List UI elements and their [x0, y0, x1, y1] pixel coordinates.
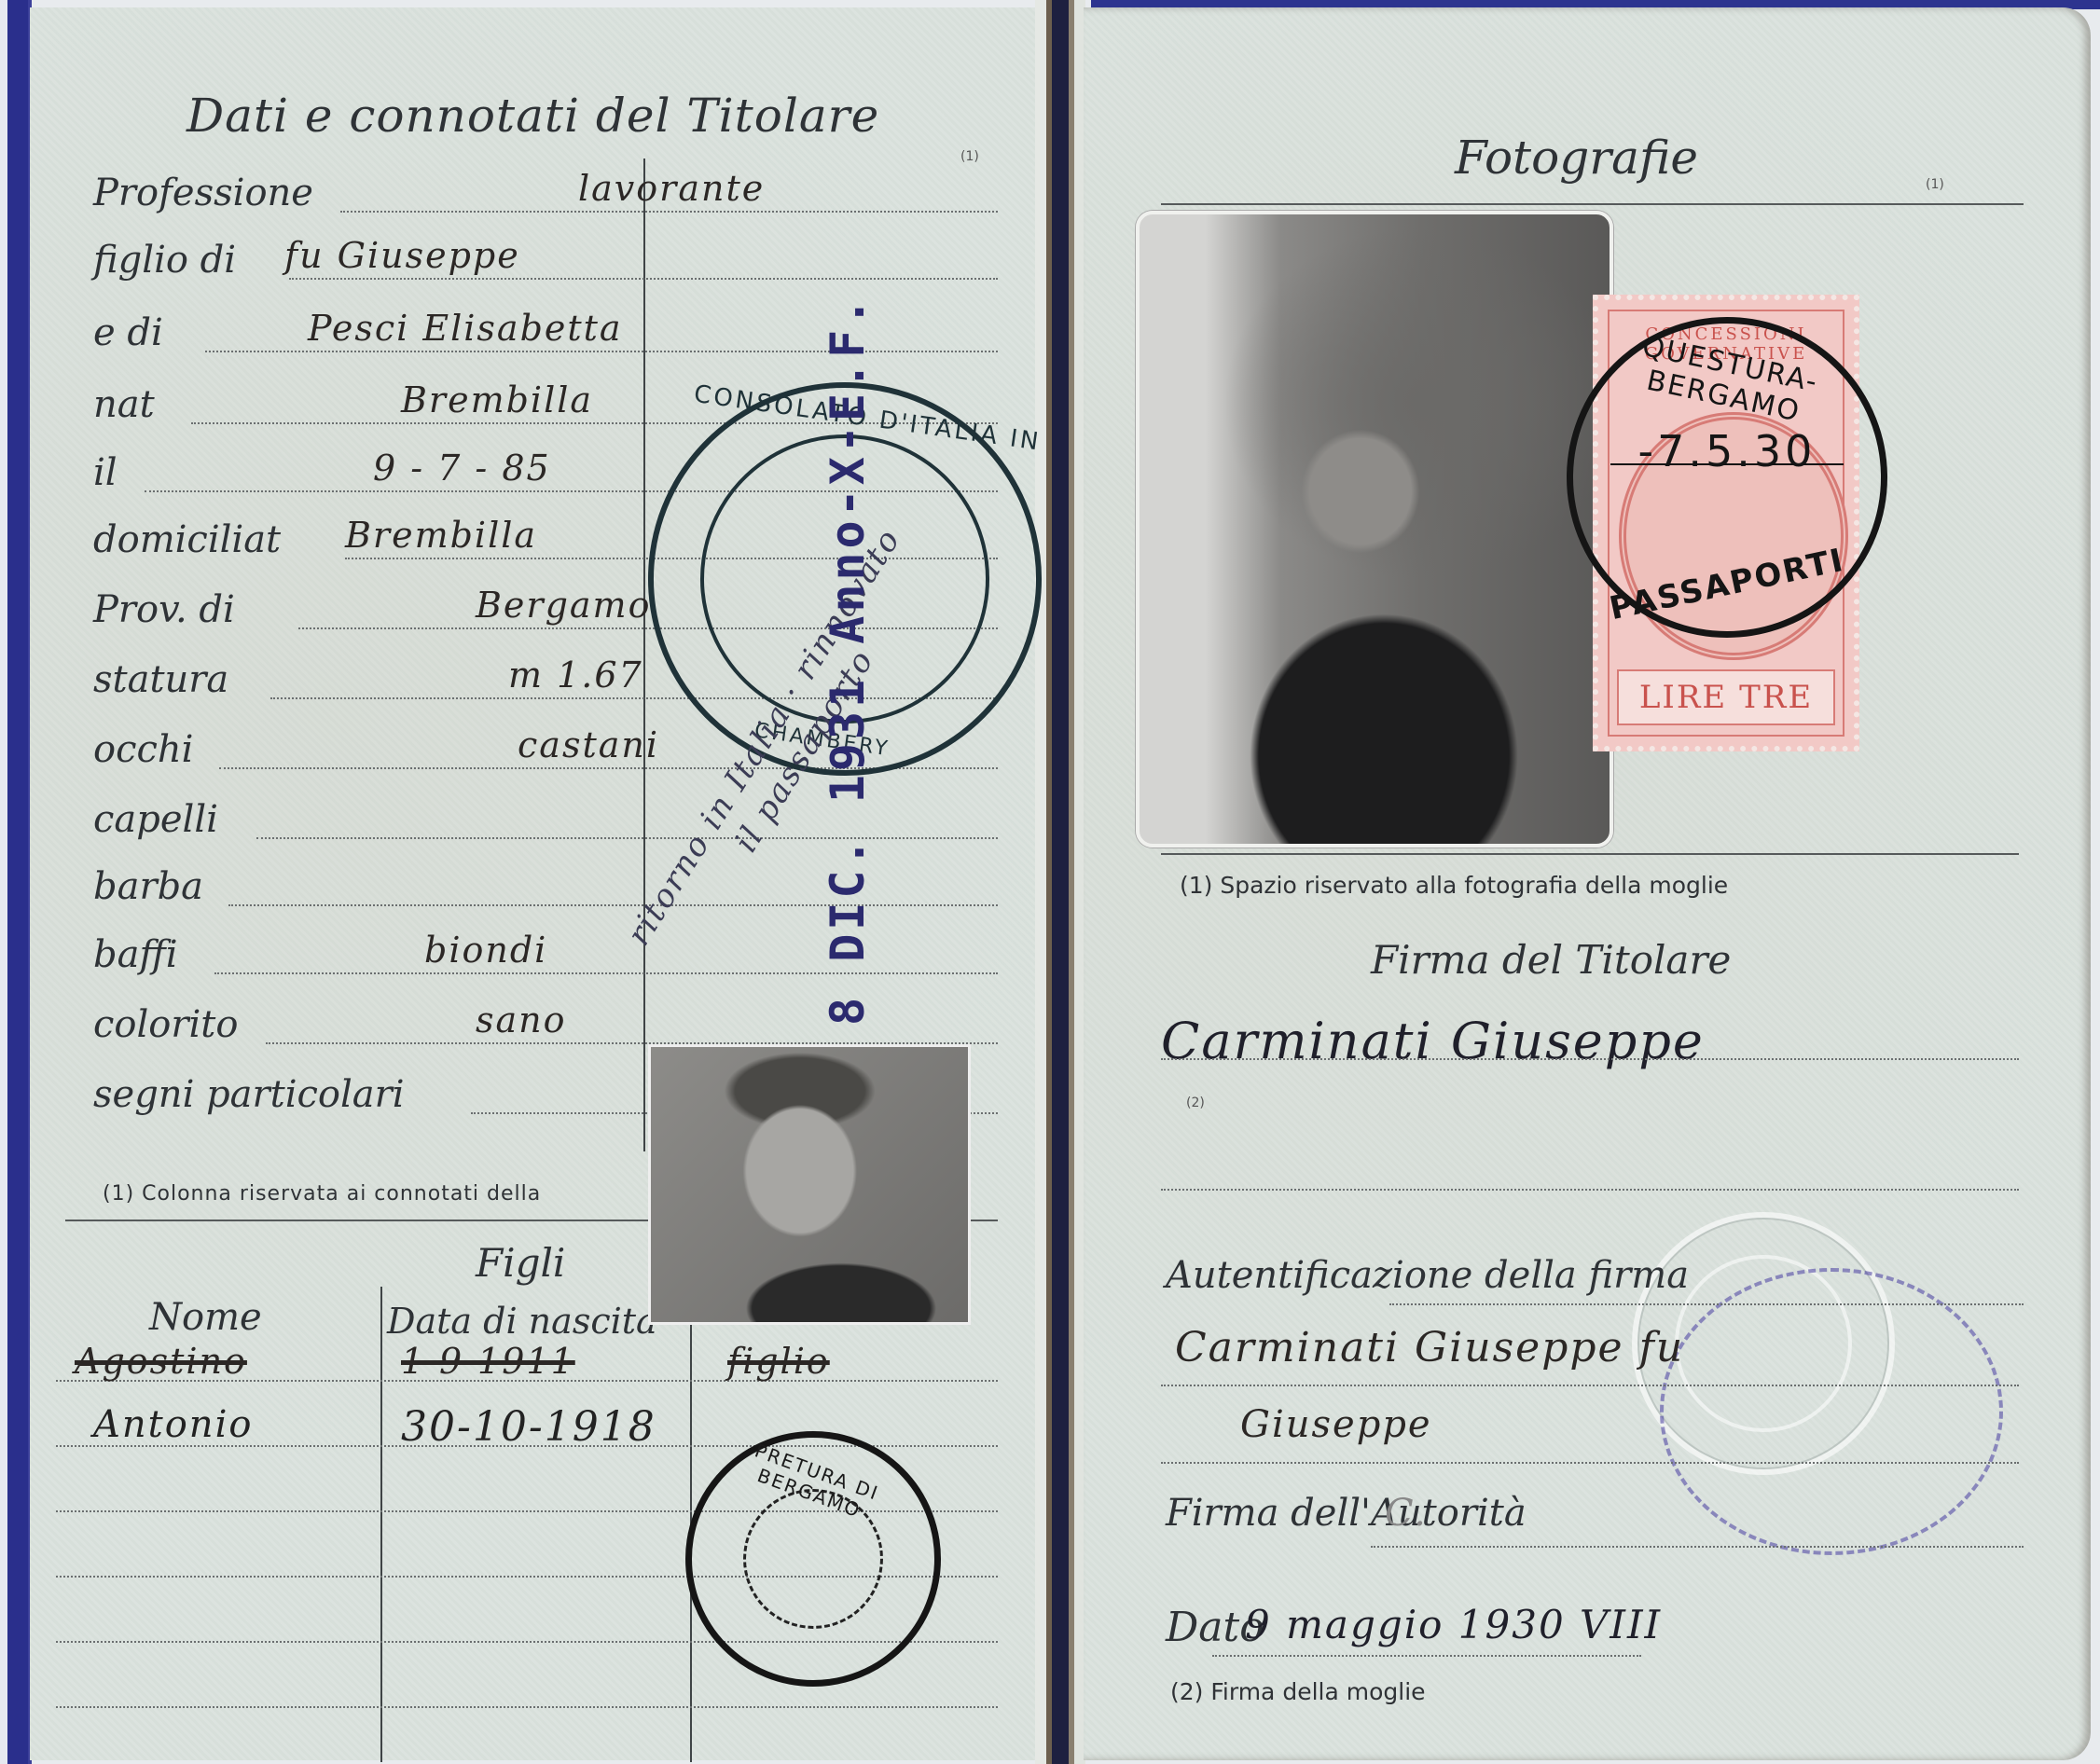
- field-value: Brembilla: [345, 515, 537, 556]
- field-value: Brembilla: [401, 379, 593, 420]
- field-row: Professionelavorante: [93, 157, 998, 220]
- field-value: 9 - 7 - 85: [373, 448, 551, 489]
- issue-date: 9 maggio 1930 VIII: [1245, 1602, 1662, 1647]
- field-value: biondi: [424, 930, 547, 971]
- field-rule: [214, 972, 998, 974]
- book-spine: [1035, 0, 1085, 1764]
- child-1-birth: 1-9-1911: [401, 1341, 575, 1382]
- child-1-sex: figlio: [727, 1341, 830, 1382]
- field-value: sano: [476, 999, 567, 1040]
- field-value: m 1.67: [508, 655, 643, 696]
- holder-signature: Carminati Giuseppe: [1161, 1012, 1705, 1070]
- child-1-name: Agostino: [75, 1341, 247, 1382]
- revenue-stamp-value: LIRE TRE: [1617, 669, 1835, 725]
- children-rule: [56, 1706, 998, 1708]
- violet-authority-stamp: [1660, 1268, 2003, 1555]
- authority-label: Firma dell'Autorità: [1166, 1492, 1527, 1535]
- wife-signature-note: (2) Firma della moglie: [1170, 1678, 1426, 1705]
- field-value: castani: [518, 724, 659, 765]
- field-label: Professione: [93, 172, 313, 214]
- field-label: e di: [93, 311, 163, 354]
- field-value: Pesci Elisabetta: [308, 308, 623, 349]
- field-label: occhi: [93, 728, 193, 771]
- column-note: (1) Colonna riservata ai connotati della: [103, 1182, 541, 1206]
- field-label: il: [93, 451, 117, 494]
- field-label: statura: [93, 658, 228, 701]
- children-col-divider-1: [380, 1287, 382, 1762]
- date-rule: [1212, 1655, 1641, 1657]
- footnote-marker: (1): [1926, 177, 1944, 192]
- field-label: Prov. di: [93, 588, 235, 631]
- children-header-birth: Data di nascita: [387, 1301, 657, 1342]
- authentication-value-1: Carminati Giuseppe fu: [1175, 1324, 1684, 1371]
- field-rule: [228, 904, 998, 906]
- pretura-stamp: PRETURA DI BERGAMO: [685, 1431, 941, 1687]
- authentication-rule: [1161, 1385, 2019, 1386]
- field-label: capelli: [93, 798, 218, 841]
- authentication-rule: [1389, 1303, 2024, 1305]
- field-rule: [205, 351, 998, 352]
- field-label: colorito: [93, 1003, 238, 1046]
- postmark-date: -7.5.30: [1573, 426, 1881, 476]
- signature-marker: (2): [1186, 1096, 1205, 1110]
- authentication-rule: [1161, 1462, 2019, 1464]
- child-photo: [648, 1044, 971, 1325]
- field-label: segni particolari: [93, 1073, 405, 1116]
- right-page-title: Fotografie: [1455, 131, 1698, 185]
- field-label: nat: [93, 383, 155, 426]
- field-label: domiciliat: [93, 518, 281, 561]
- field-label: barba: [93, 865, 203, 908]
- photo-caption: (1) Spazio riservato alla fotografia del…: [1180, 872, 1728, 899]
- field-label: figlio di: [93, 239, 236, 282]
- children-title: Figli: [476, 1240, 565, 1286]
- cover-binding-left: [0, 0, 32, 1764]
- field-label: baffi: [93, 933, 178, 976]
- field-value: lavorante: [578, 168, 765, 209]
- date-stamp: 8 DIC. 1931 Anno-X-E.F.: [821, 295, 875, 1026]
- authentication-value-2: Giuseppe: [1240, 1403, 1432, 1446]
- field-row: figlio difu Giuseppe: [93, 224, 998, 287]
- child-2-birth: 30-10-1918: [401, 1403, 656, 1451]
- field-rule: [340, 211, 998, 213]
- title-divider: [1161, 203, 2024, 205]
- authority-signature: C.: [1385, 1492, 1428, 1535]
- signature-rule: [1161, 1189, 2019, 1191]
- field-value: fu Giuseppe: [284, 235, 520, 276]
- field-value: Bergamo: [476, 585, 651, 626]
- questura-postmark: QUESTURA-BERGAMO -7.5.30 PASSAPORTI: [1567, 317, 1887, 638]
- photo-divider: [1161, 853, 2019, 855]
- field-rule: [289, 278, 998, 280]
- signature-rule: [1161, 1058, 2019, 1060]
- children-header-name: Nome: [149, 1296, 262, 1339]
- left-page-title: Dati e connotati del Titolare: [187, 89, 879, 143]
- field-rule: [256, 837, 998, 839]
- authentication-label: Autentificazione della firma: [1166, 1254, 1689, 1297]
- child-2-name: Antonio: [93, 1403, 253, 1446]
- signature-heading: Firma del Titolare: [1371, 937, 1731, 983]
- holder-photo: [1136, 211, 1613, 848]
- authority-rule: [1371, 1546, 2024, 1548]
